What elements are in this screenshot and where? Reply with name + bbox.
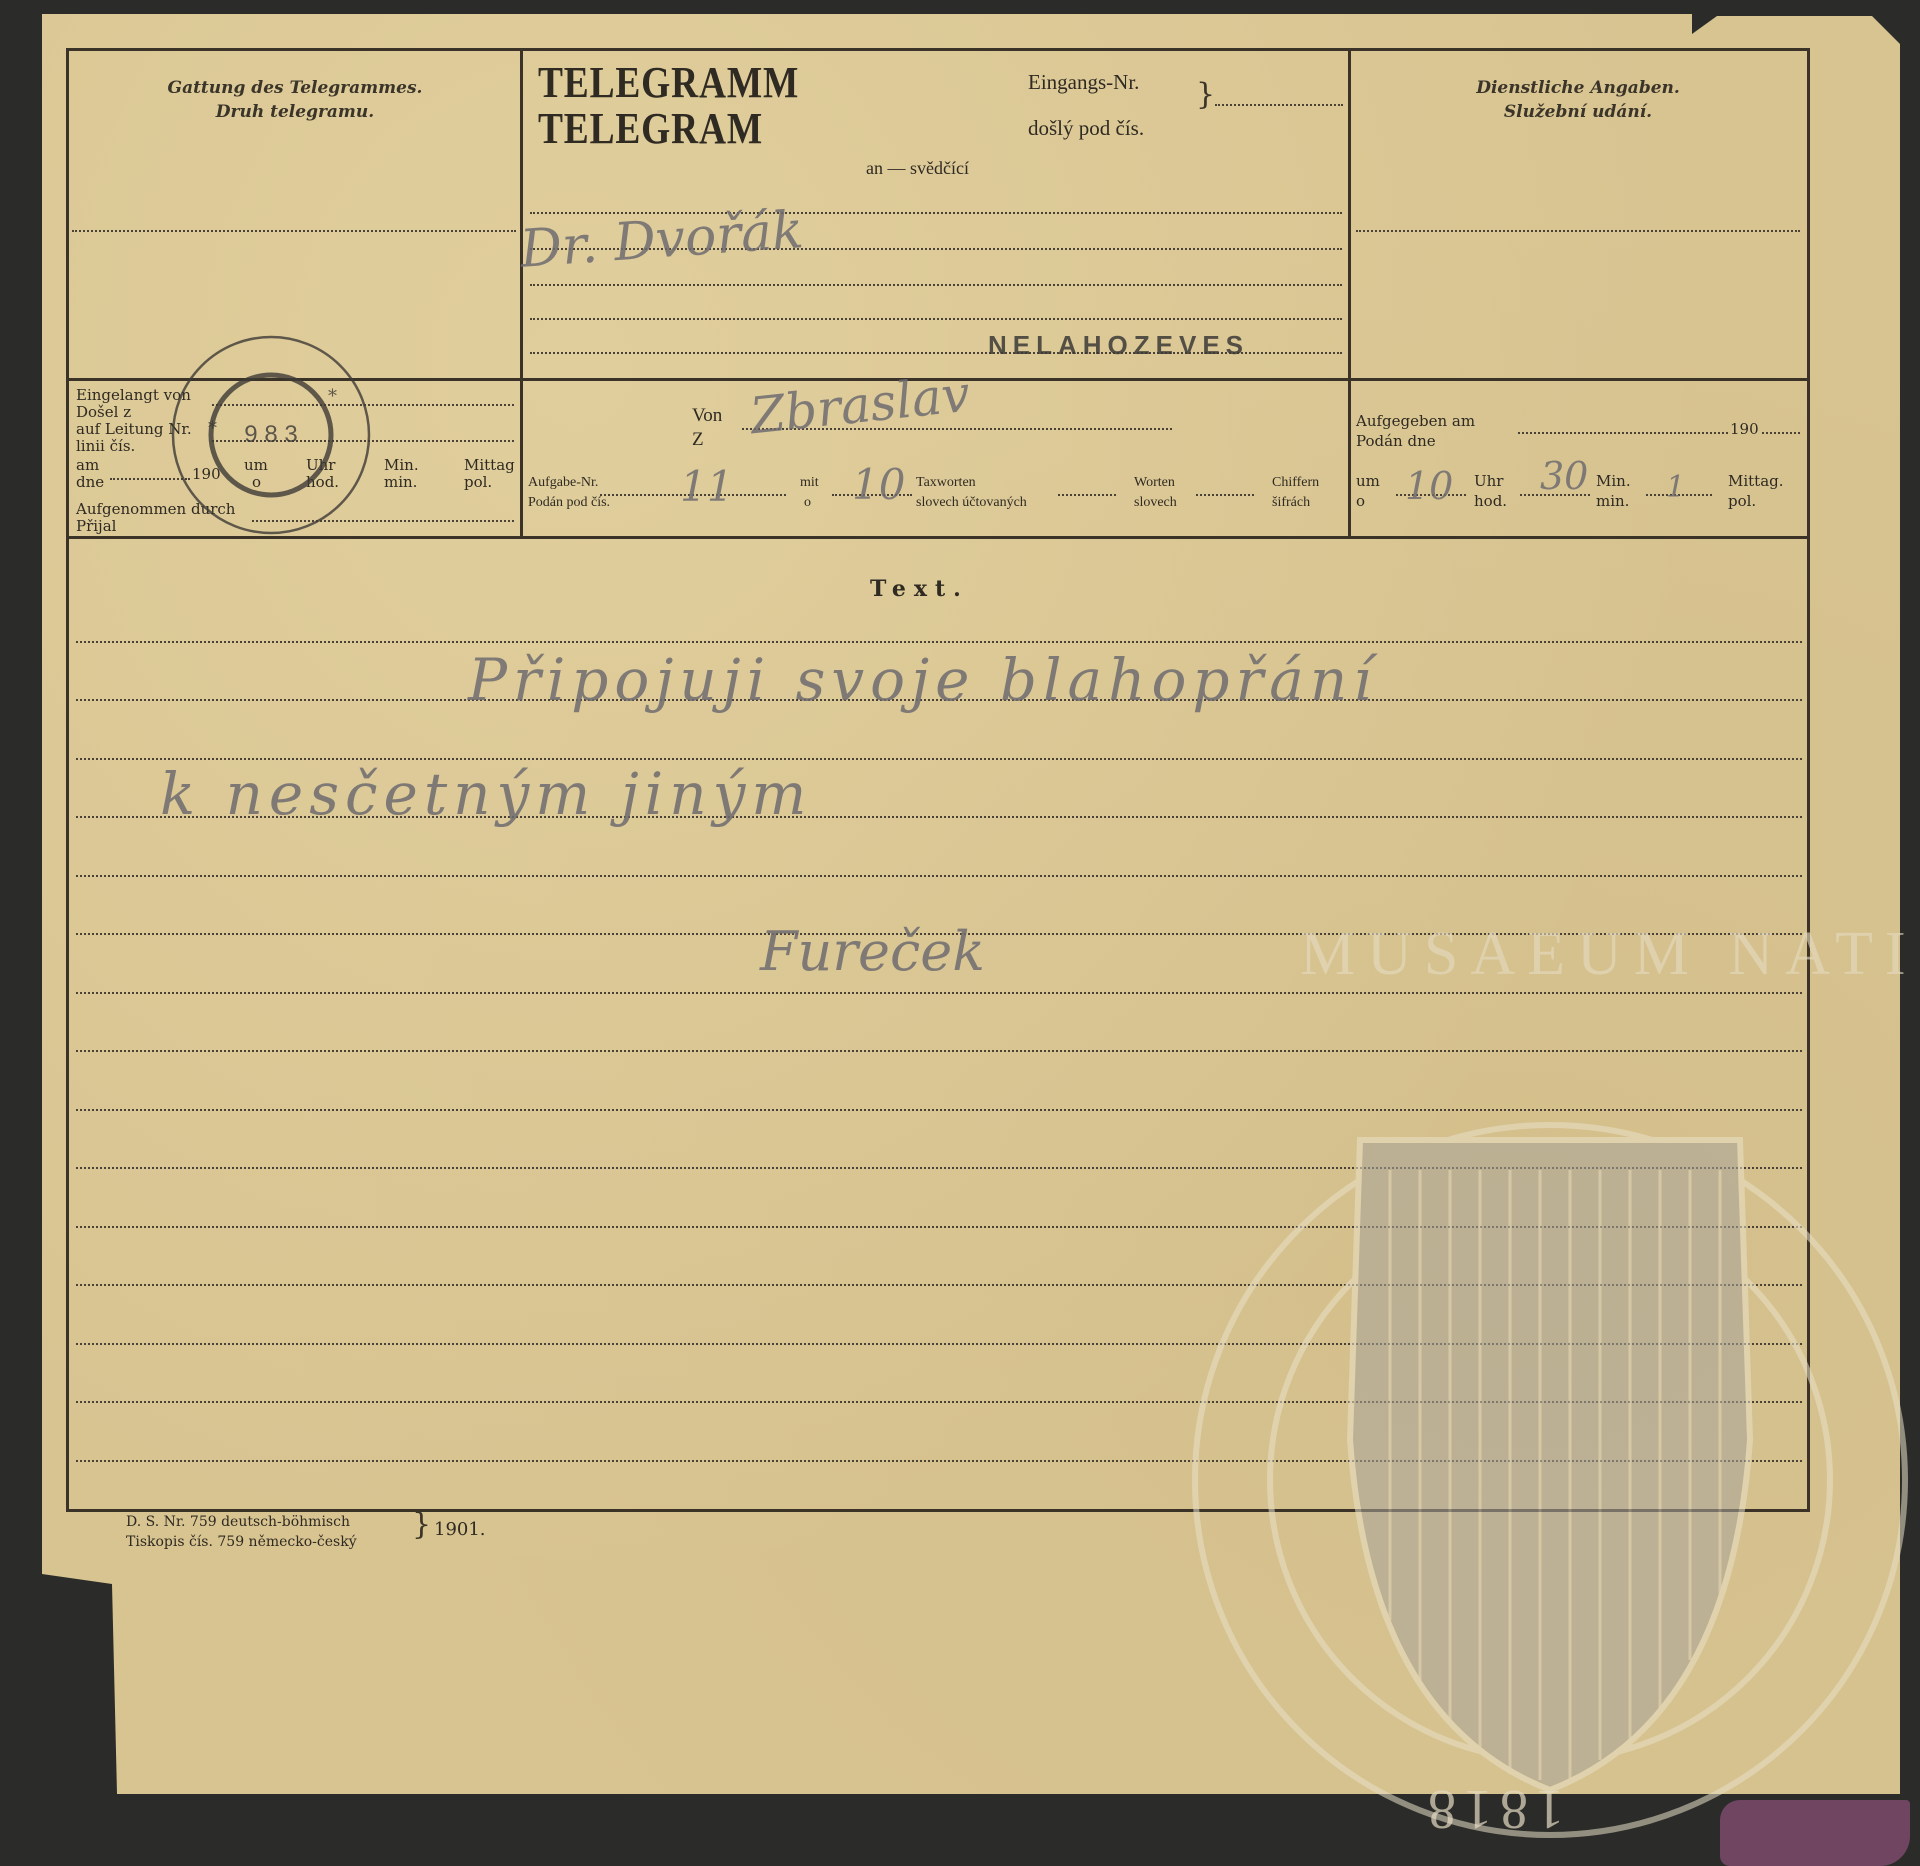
submitted-pol: pol. xyxy=(1728,492,1756,510)
chiffern-cs: šifrách xyxy=(1272,494,1310,512)
form-code-cs: Tiskopis čís. 759 německo-český xyxy=(126,1532,357,1552)
worten-de: Worten xyxy=(1134,474,1175,492)
type-label-de: Gattung des Telegrammes. xyxy=(70,76,520,100)
aufgabe-no-de: Aufgabe-Nr. xyxy=(528,474,598,492)
taxwords-cs: slovech účtovaných xyxy=(916,494,1027,512)
form-year: 1901. xyxy=(434,1520,486,1540)
cipher-field[interactable] xyxy=(1196,494,1254,496)
entry-brace: } xyxy=(1196,80,1215,110)
date-dne: dne xyxy=(76,473,104,491)
receipt-min-de: Min. xyxy=(384,456,419,474)
type-field-line[interactable] xyxy=(72,230,516,232)
submitted-year: 190 xyxy=(1730,420,1759,438)
title-de: TELEGRAMM xyxy=(538,60,799,106)
submitted-um: um xyxy=(1356,472,1380,490)
receipt-mittag: Mittag xyxy=(464,456,515,474)
museum-seal-watermark xyxy=(1130,920,1920,1866)
watermark-text: MUSAEUM NATIONALE xyxy=(1300,945,1920,963)
taken-by-cs: Přijal xyxy=(76,517,116,535)
from-z: Z xyxy=(692,428,704,452)
minute-handwriting: 30 xyxy=(1540,454,1588,498)
text-line-5[interactable] xyxy=(76,875,1802,877)
divider-right xyxy=(1348,48,1351,538)
words-field[interactable] xyxy=(1058,494,1116,496)
signature: Fureček xyxy=(760,920,985,983)
footer-brace: } xyxy=(412,1510,431,1540)
svg-text:*: * xyxy=(328,386,337,407)
entry-no-cs: došlý pod čís. xyxy=(1028,116,1144,140)
divider-origin xyxy=(520,378,1807,381)
watermark-year: 1818 xyxy=(1420,1800,1564,1818)
submitted-min-cs: min. xyxy=(1596,492,1629,510)
address-line-4[interactable] xyxy=(530,318,1342,320)
postmark-stamp: 9 8 3 * * xyxy=(168,332,374,538)
entry-no-field[interactable] xyxy=(1215,104,1343,106)
aufgabe-no-cs: Podán pod čís. xyxy=(528,494,610,512)
divider-left xyxy=(520,48,523,538)
service-field-line[interactable] xyxy=(1356,230,1800,232)
service-label-cs: Služební udání. xyxy=(1352,100,1804,124)
svg-text:9 8 3: 9 8 3 xyxy=(244,421,297,448)
submitted-year-field[interactable] xyxy=(1762,432,1800,434)
ampm-handwriting: 1 xyxy=(1666,470,1685,505)
purple-stain xyxy=(1720,1800,1910,1866)
line-no-cs: linii čís. xyxy=(76,437,135,455)
message-line-2: k nesčetným jiným xyxy=(160,760,812,828)
address-line-3[interactable] xyxy=(530,284,1342,286)
text-heading: Text. xyxy=(870,576,969,602)
chiffern-de: Chiffern xyxy=(1272,474,1319,492)
mit-de: mit xyxy=(800,474,819,492)
destination-stamp: NELAHOZEVES xyxy=(988,330,1249,361)
date-am: am xyxy=(76,456,99,474)
addressee-label: an — svědčící xyxy=(866,156,969,180)
receipt-min-cs: min. xyxy=(384,473,417,491)
type-label-cs: Druh telegramu. xyxy=(70,100,520,124)
message-line-1: Připojuji svoje blahopřání xyxy=(468,646,1378,714)
from-von: Von xyxy=(692,404,722,428)
form-code-de: D. S. Nr. 759 deutsch-böhmisch xyxy=(126,1512,350,1532)
submitted-hod: hod. xyxy=(1474,492,1507,510)
taxwords-handwriting: 10 xyxy=(852,460,905,509)
service-label-de: Dienstliche Angaben. xyxy=(1352,76,1804,100)
mit-cs: o xyxy=(804,494,811,512)
received-from-cs: Došel z xyxy=(76,403,131,421)
svg-text:*: * xyxy=(208,418,217,439)
submitted-de: Aufgegeben am xyxy=(1356,412,1475,430)
entry-no-de: Eingangs-Nr. xyxy=(1028,70,1139,94)
taxwords-de: Taxworten xyxy=(916,474,976,492)
submitted-min-de: Min. xyxy=(1596,472,1631,490)
text-line-1[interactable] xyxy=(76,641,1802,643)
worten-cs: slovech xyxy=(1134,494,1177,512)
submitted-mittag: Mittag. xyxy=(1728,472,1784,490)
submitted-date-field[interactable] xyxy=(1518,432,1728,434)
torn-corner xyxy=(0,1620,110,1866)
aufgabe-handwriting: 11 xyxy=(680,462,733,511)
title-cs: TELEGRAM xyxy=(538,106,763,152)
receipt-pol: pol. xyxy=(464,473,492,491)
submitted-uhr: Uhr xyxy=(1474,472,1503,490)
submitted-cs: Podán dne xyxy=(1356,432,1436,450)
submitted-o: o xyxy=(1356,492,1365,510)
hour-handwriting: 10 xyxy=(1405,464,1453,508)
